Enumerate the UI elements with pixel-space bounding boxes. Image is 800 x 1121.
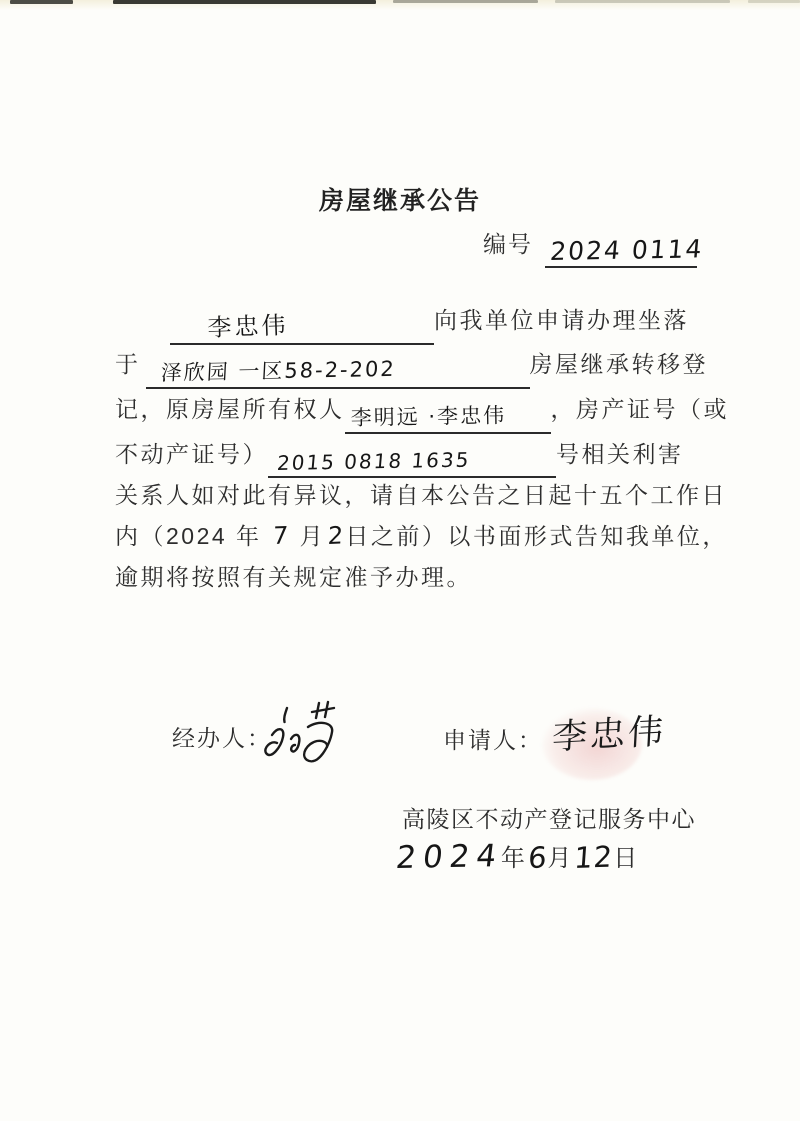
issuing-org-name: 高陵区不动产登记服务中心 bbox=[402, 801, 696, 834]
issue-month-handwritten: 6 bbox=[527, 840, 549, 875]
body-line-4-suffix: 号相关利害 bbox=[556, 441, 684, 467]
applicant-name-field: 李忠伟 bbox=[170, 308, 434, 345]
scanned-document-page: 房屋继承公告 编号 2024 0114 李忠伟向我单位申请办理坐落 于泽欣园 一… bbox=[0, 0, 800, 1121]
applicant-name-handwritten: 李忠伟 bbox=[207, 305, 289, 343]
body-line-5: 关系人如对此有异议，请自本公告之日起十五个工作日 bbox=[115, 477, 727, 510]
body-line-6: 内（2024 年 7 月2日之前）以书面形式告知我单位， bbox=[115, 518, 728, 551]
body-line-6-suffix: 日之前）以书面形式告知我单位， bbox=[345, 523, 728, 549]
deadline-day-handwritten: 2 bbox=[327, 521, 345, 550]
scan-edge-mark bbox=[555, 0, 730, 3]
body-line-4-prefix: 不动产证号） bbox=[115, 441, 268, 467]
owners-handwritten: 李明远 ·李忠伟 bbox=[350, 399, 506, 432]
cert-number-handwritten: 2015 0818 1635 bbox=[276, 448, 471, 475]
issue-date-line: 2024年6月12日 bbox=[394, 838, 638, 876]
applicant-signature-handwritten: 李忠伟 bbox=[551, 704, 667, 760]
body-line-6-mid: 月 bbox=[291, 523, 325, 549]
scan-edge-mark bbox=[10, 0, 73, 4]
body-line-1: 李忠伟向我单位申请办理坐落 bbox=[115, 302, 689, 345]
body-line-3-prefix: 记，原房屋所有权人 bbox=[115, 396, 345, 422]
issue-day-handwritten: 12 bbox=[573, 840, 614, 875]
body-line-3: 记，原房屋所有权人李明远 ·李忠伟，房产证号（或 bbox=[115, 391, 729, 434]
address-field: 泽欣园 一区58-2-202 bbox=[146, 357, 530, 389]
body-line-2-prefix: 于 bbox=[115, 351, 141, 377]
body-line-2: 于泽欣园 一区58-2-202房屋继承转移登 bbox=[115, 346, 708, 389]
day-unit-label: 日 bbox=[613, 845, 638, 872]
body-line-3-suffix: ，房产证号（或 bbox=[551, 396, 730, 422]
deadline-month-handwritten: 7 bbox=[272, 521, 290, 550]
body-line-2-suffix: 房屋继承转移登 bbox=[530, 351, 709, 377]
owners-field: 李明远 ·李忠伟 bbox=[345, 402, 551, 434]
body-line-4: 不动产证号）2015 0818 1635号相关利害 bbox=[115, 436, 684, 478]
body-line-7: 逾期将按照有关规定准予办理。 bbox=[115, 559, 472, 592]
document-number-row: 编号 2024 0114 bbox=[483, 226, 697, 268]
body-line-1-text: 向我单位申请办理坐落 bbox=[434, 307, 689, 333]
issue-year-handwritten: 2024 bbox=[394, 838, 505, 876]
page-title: 房屋继承公告 bbox=[0, 181, 800, 217]
handler-signature bbox=[256, 699, 348, 775]
scan-edge-mark bbox=[748, 0, 800, 3]
address-handwritten: 泽欣园 一区58-2-202 bbox=[160, 353, 397, 387]
scan-edge-mark bbox=[113, 0, 376, 4]
cert-number-field: 2015 0818 1635 bbox=[268, 449, 556, 478]
number-label: 编号 bbox=[483, 231, 533, 257]
number-value-handwritten: 2024 0114 bbox=[549, 234, 705, 266]
number-value-field: 2024 0114 bbox=[545, 237, 697, 268]
year-unit-label: 年 bbox=[501, 845, 526, 872]
applicant-label: 申请人： bbox=[443, 722, 543, 755]
body-line-6-prefix: 内（2024 年 bbox=[115, 523, 270, 549]
scan-edge-mark bbox=[393, 0, 538, 3]
month-unit-label: 月 bbox=[547, 845, 572, 872]
